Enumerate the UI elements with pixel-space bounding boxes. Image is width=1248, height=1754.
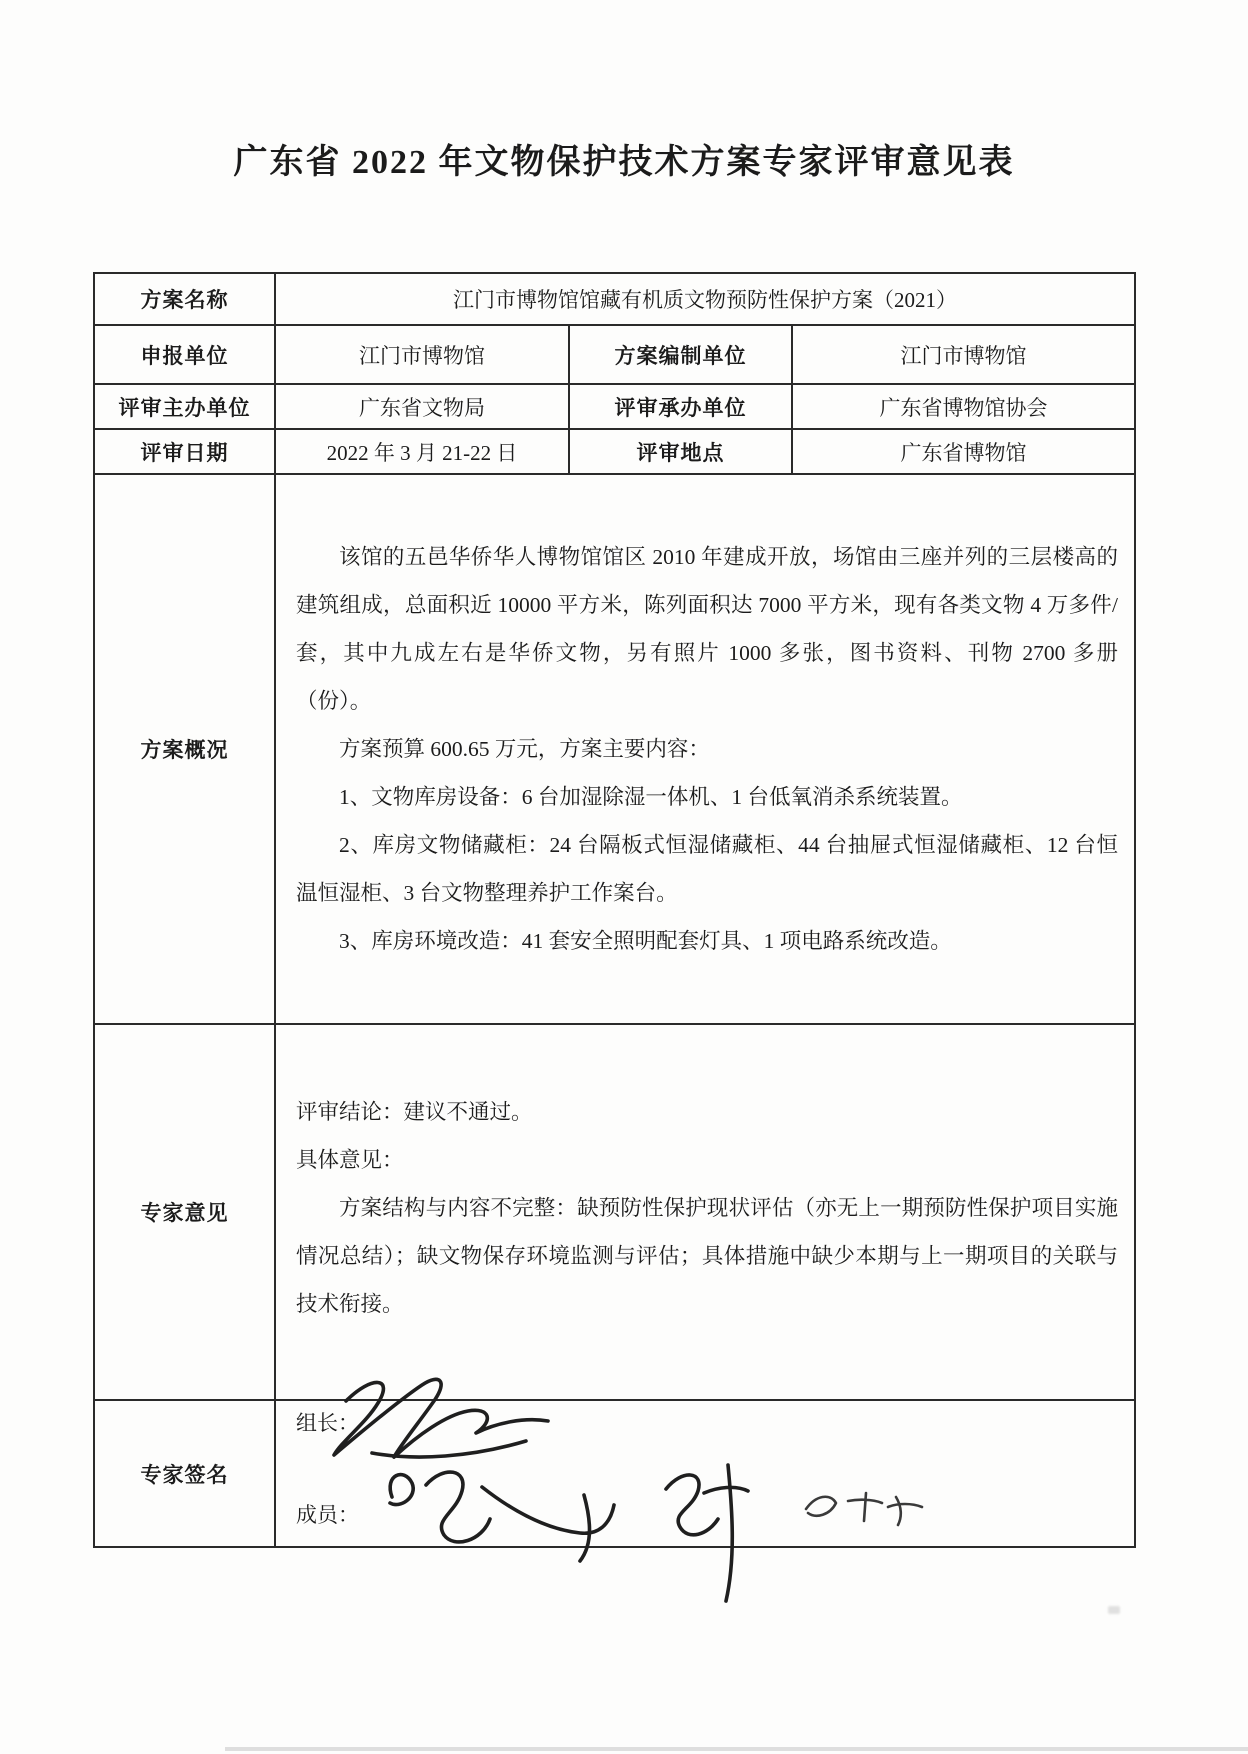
expert-opinion-label: 专家意见 (94, 1024, 275, 1400)
review-form-table: 方案名称 江门市博物馆馆藏有机质文物预防性保护方案（2021） 申报单位 江门市… (93, 272, 1136, 1548)
scanned-review-form-page: 广东省 2022 年文物保护技术方案专家评审意见表 方案名称 江门市博物馆馆藏有… (0, 0, 1248, 1754)
row-expert-opinion: 专家意见 评审结论：建议不通过。 具体意见： 方案结构与内容不完整：缺预防性保护… (94, 1024, 1135, 1400)
row-review-host: 评审主办单位 广东省文物局 评审承办单位 广东省博物馆协会 (94, 384, 1135, 429)
applicant-value: 江门市博物馆 (275, 325, 569, 384)
member-label: 成员： (296, 1503, 359, 1527)
row-expert-signature: 专家签名 组长： 成员： (94, 1400, 1135, 1547)
member-signature-2 (666, 1465, 748, 1601)
expert-signature-label: 专家签名 (94, 1400, 275, 1547)
expert-opinion-content: 评审结论：建议不通过。 具体意见： 方案结构与内容不完整：缺预防性保护现状评估（… (275, 1024, 1135, 1400)
leader-label: 组长： (296, 1411, 359, 1435)
plan-compiler-value: 江门市博物馆 (792, 325, 1135, 384)
review-organizer-value: 广东省博物馆协会 (792, 384, 1135, 429)
row-applicant: 申报单位 江门市博物馆 方案编制单位 江门市博物馆 (94, 325, 1135, 384)
expert-signature-content: 组长： 成员： (275, 1400, 1135, 1547)
plan-compiler-label: 方案编制单位 (569, 325, 792, 384)
detail-opinion-paragraph: 方案结构与内容不完整：缺预防性保护现状评估（亦无上一期预防性保护项目实施情况总结… (296, 1184, 1118, 1328)
member-signature-3 (806, 1493, 922, 1525)
leader-signature-row: 组长： (296, 1407, 359, 1437)
plan-name-label: 方案名称 (94, 273, 275, 325)
overview-paragraph: 方案预算 600.65 万元，方案主要内容： (296, 725, 1118, 773)
review-host-value: 广东省文物局 (275, 384, 569, 429)
review-organizer-label: 评审承办单位 (569, 384, 792, 429)
review-date-label: 评审日期 (94, 429, 275, 474)
review-conclusion-line: 评审结论：建议不通过。 (296, 1088, 1118, 1136)
review-place-label: 评审地点 (569, 429, 792, 474)
member-signature-row: 成员： (296, 1499, 359, 1529)
member-signature-1 (390, 1472, 614, 1561)
overview-paragraph: 该馆的五邑华侨华人博物馆馆区 2010 年建成开放，场馆由三座并列的三层楼高的建… (296, 533, 1118, 725)
review-host-label: 评审主办单位 (94, 384, 275, 429)
detail-opinion-heading: 具体意见： (296, 1136, 1118, 1184)
overview-paragraph: 1、文物库房设备：6 台加湿除湿一体机、1 台低氧消杀系统装置。 (296, 773, 1118, 821)
plan-name-value: 江门市博物馆馆藏有机质文物预防性保护方案（2021） (275, 273, 1135, 325)
overview-paragraph: 2、库房文物储藏柜：24 台隔板式恒湿储藏柜、44 台抽屉式恒湿储藏柜、12 台… (296, 821, 1118, 917)
row-plan-name: 方案名称 江门市博物馆馆藏有机质文物预防性保护方案（2021） (94, 273, 1135, 325)
row-plan-overview: 方案概况 该馆的五邑华侨华人博物馆馆区 2010 年建成开放，场馆由三座并列的三… (94, 474, 1135, 1024)
page-title: 广东省 2022 年文物保护技术方案专家评审意见表 (0, 134, 1248, 183)
scan-edge-artifact (225, 1747, 1248, 1751)
scan-smudge-artifact (1108, 1606, 1120, 1614)
review-date-value: 2022 年 3 月 21-22 日 (275, 429, 569, 474)
plan-overview-content: 该馆的五邑华侨华人博物馆馆区 2010 年建成开放，场馆由三座并列的三层楼高的建… (275, 474, 1135, 1024)
overview-paragraph: 3、库房环境改造：41 套安全照明配套灯具、1 项电路系统改造。 (296, 917, 1118, 965)
row-review-date: 评审日期 2022 年 3 月 21-22 日 评审地点 广东省博物馆 (94, 429, 1135, 474)
plan-overview-label: 方案概况 (94, 474, 275, 1024)
applicant-label: 申报单位 (94, 325, 275, 384)
review-place-value: 广东省博物馆 (792, 429, 1135, 474)
